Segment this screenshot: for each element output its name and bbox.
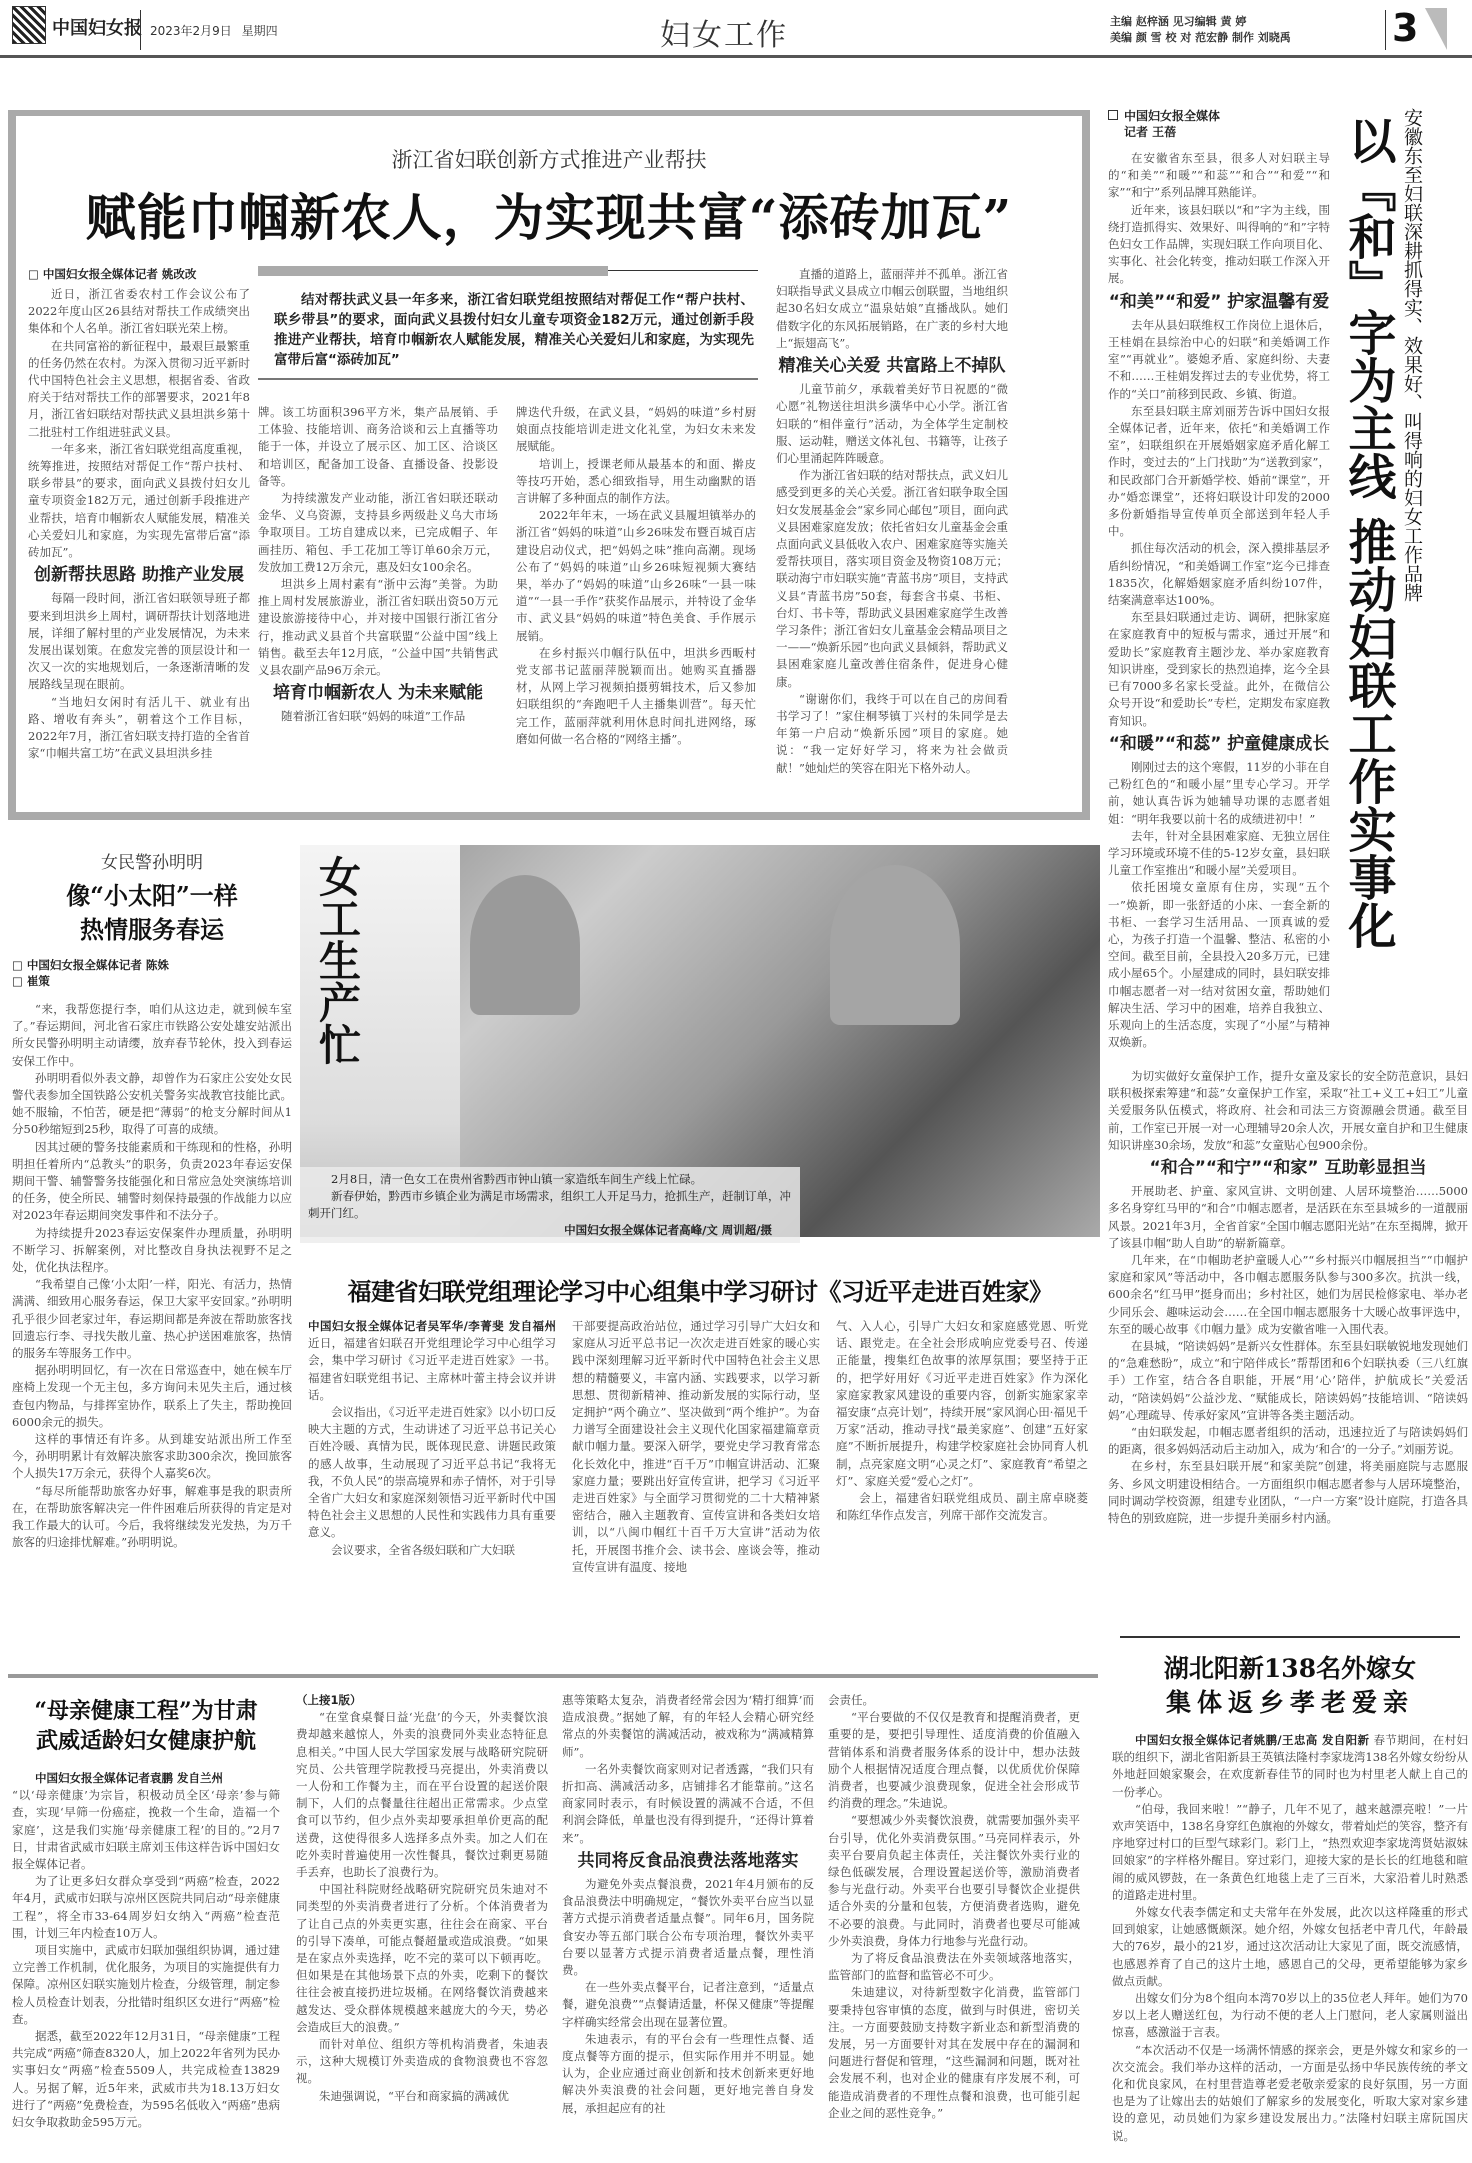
lead-col-3: 牌迭代升级，在武义县，“妈妈的味道”乡村厨娘面点技能培训走进文化礼堂，为妇女未来… [516, 404, 756, 748]
paragraph: 一名外卖餐饮商家则对记者透露，“我们只有折扣高、满减活动多，店铺排名才能靠前。”… [562, 1761, 814, 1847]
hubei-body: 中国妇女报全媒体记者姚鹏/王忠高 发自阳新 春节期间，在村妇联的组织下，湖北省阳… [1112, 1732, 1468, 2145]
anhui-vertical-headline: 以『和』字为主线 推动妇联工作实事化 [1340, 116, 1396, 1116]
lead-col-2: 牌。该工坊面积396平方米，集产品展销、手工体验、技能培训、商务洽谈和云上直播等… [258, 404, 498, 726]
paragraph: 在安徽省东至县，很多人对妇联主导的“和美”“和暖”“和蕊”“和合”“和爱”“和家… [1108, 150, 1330, 202]
lead-kicker: 浙江省妇联创新方式推进产业帮扶 [16, 144, 1082, 174]
paragraph: 在乡村，东至县妇联开展“和家美院”创建，将美丽庭院与志愿服务、乡风文明建设相结合… [1108, 1458, 1468, 1527]
paragraph: 外嫁女代表李儒定和丈夫常年在外发展，此次以这样隆重的形式回到娘家，让她感慨颇深。… [1112, 1904, 1468, 1990]
paragraph: 东至县妇联主席刘丽芳告诉中国妇女报全媒体记者，近年来，依托“和美婚调工作室”，妇… [1108, 403, 1330, 541]
caption-line-2: 新春伊始，黔西市乡镇企业为满足市场需求，组织工人开足马力，抢抓生产，赶制订单，冲… [308, 1188, 792, 1222]
headline-line-2: 热情服务春运 [12, 913, 292, 947]
summary-bar [258, 266, 608, 276]
photo-vertical-title: 女工生产忙 [314, 855, 360, 1115]
subheading: 创新帮扶思路 助推产业发展 [28, 567, 250, 584]
paragraph: 去年，针对全县困难家庭、无独立居住学习环境或环境不佳的5-12岁女童，县妇联儿童… [1108, 828, 1330, 880]
paragraph: 作为浙江省妇联的结对帮扶点，武义妇儿感受到更多的关心关爱。浙江省妇联争取全国妇女… [776, 467, 1008, 691]
gansu-dateline: 中国妇女报全媒体记者袁鹏 发自兰州 [35, 1771, 223, 1785]
paragraph: 开展助老、护童、家风宣讲、文明创建、人居环境整治……5000多名身穿红马甲的“和… [1108, 1183, 1468, 1252]
paragraph: 据孙明明回忆，有一次在日常巡查中，她在候车厅座椅上发现一个无主包，多方询问未见失… [12, 1362, 292, 1431]
subheading: 培育巾帼新农人 为未来赋能 [258, 685, 498, 702]
subheading: “和暖”“和蕊” 护童健康成长 [1108, 736, 1330, 753]
paragraph: 抓住每次活动的机会，深入摸排基层矛盾纠纷情况，“和美婚调工作室”迄今已排查183… [1108, 540, 1330, 609]
newspaper-logo: 中国妇女报 [52, 14, 142, 40]
fujian-col-1: 中国妇女报全媒体记者吴军华/李菁斐 发自福州 近日，福建省妇联召开党组理论学习中… [308, 1318, 556, 1559]
paragraph: “来，我帮您提行李，咱们从这边走，就到候车室了。”春运期间，河北省石家庄市铁路公… [12, 1001, 292, 1070]
paragraph: 牌迭代升级，在武义县，“妈妈的味道”乡村厨娘面点技能培训走进文化礼堂，为妇女未来… [516, 404, 756, 456]
paragraph: “我希望自己像‘小太阳’一样，阳光、有活力，热情满满、细致用心服务春运，保卫大家… [12, 1276, 292, 1362]
hubei-dateline: 中国妇女报全媒体记者姚鹏/王忠高 发自阳新 [1135, 1733, 1369, 1747]
lead-col-1: 近日，浙江省委农村工作会议公布了2022年度山区26县结对帮扶工作成绩突出集体和… [28, 286, 250, 762]
paragraph: “每尽所能帮助旅客办好事，解难事是我的职责所在，在帮助旅客解决完一件件困难后所获… [12, 1483, 292, 1552]
paragraph: 在乡村振兴巾帼行队伍中，坦洪乡西畈村党支部书记蓝丽萍脱颖而出。她购买直播器材，从… [516, 645, 756, 748]
credits-line-1: 主编 赵梓涵 见习编辑 黄 婷 [1110, 14, 1291, 30]
lead-byline: □ 中国妇女报全媒体记者 姚改改 [28, 266, 196, 282]
paragraph: “以‘母亲健康’为宗旨，积极动员全区‘母亲’参与筛查，实现‘早筛一份癌症，挽救一… [12, 1787, 280, 1873]
police-article: 女民警孙明明 像“小太阳”一样 热情服务春运 □ 中国妇女报全媒体记者 陈姝 □… [12, 848, 292, 1668]
lead-article: 浙江省妇联创新方式推进产业帮扶 赋能巾帼新农人，为实现共富“添砖加瓦” □ 中国… [8, 110, 1090, 820]
paragraph: 因其过硬的警务技能素质和干练现和的性格，孙明明担任着所内“总教头”的职务，负责2… [12, 1139, 292, 1225]
waste-col-3: 会责任。 “平台要做的不仅仅是教育和提醒消费者，更重要的是，要把引导理性、适度消… [828, 1692, 1080, 2160]
paragraph: “当地妇女闲时有活儿干、就业有出路、增收有奔头”，朝着这个工作目标，2022年7… [28, 694, 250, 763]
paragraph: 惠等策略太复杂，消费者经常会因为‘精打细算’而造成浪费。”据她了解，有的年轻人会… [562, 1692, 814, 1761]
paragraph: 朱迪建议，对待新型数字化消费，监管部门要秉持包容审慎的态度，做到与时俱进，密切关… [828, 1984, 1080, 2122]
gansu-headline: “母亲健康工程”为甘肃 武威适龄妇女健康护航 [12, 1696, 280, 1756]
paragraph: 项目实施中，武威市妇联加强组织协调，通过建立完善工作机制，优化服务，为项目的实施… [12, 1942, 280, 2028]
headline-line-1: 湖北阳新138名外嫁女 [1112, 1652, 1468, 1686]
lead-summary: 结对帮扶武义县一年多来，浙江省妇联党组按照结对帮促工作“帮户扶村、联乡带县”的要… [274, 290, 754, 370]
paragraph: 依托困境女童原有住房，实现“五个一”焕新，即一张舒适的小床、一套全新的书柜、一套… [1108, 879, 1330, 1051]
anhui-col-top: 在安徽省东至县，很多人对妇联主导的“和美”“和暖”“和蕊”“和合”“和爱”“和家… [1108, 150, 1330, 1051]
lead-headline: 赋能巾帼新农人，为实现共富“添砖加瓦” [16, 178, 1082, 250]
paragraph: 会议要求，全省各级妇联和广大妇联 [308, 1542, 556, 1559]
paragraph: 刚刚过去的这个寒假，11岁的小菲在自己粉红色的“和暖小屋”里专心学习。开学前，她… [1108, 759, 1330, 828]
paragraph: 为持续激发产业动能，浙江省妇联还联动金华、义乌资源，支持县乡两级赴义乌大市场争取… [258, 490, 498, 576]
headline-line-2: 集体返乡孝老爱亲 [1112, 1686, 1468, 1720]
police-kicker: 女民警孙明明 [12, 848, 292, 873]
byline-2: □ 崔策 [12, 973, 292, 989]
paragraph: 2022年年末，一场在武义县履坦镇举办的浙江省“妈妈的味道”山乡26味发布暨百城… [516, 507, 756, 645]
gansu-body: 中国妇女报全媒体记者袁鹏 发自兰州 “以‘母亲健康’为宗旨，积极动员全区‘母亲’… [12, 1770, 280, 2131]
police-body: “来，我帮您提行李，咱们从这边走，就到候车室了。”春运期间，河北省石家庄市铁路公… [12, 1001, 292, 1552]
headline-line-2: 武威适龄妇女健康护航 [12, 1726, 280, 1756]
qr-code-icon[interactable] [12, 6, 46, 44]
paragraph: 会责任。 [828, 1692, 1080, 1709]
fujian-col-3: 气、入人心，引导广大妇女和家庭感党恩、听党话、跟党走。在全社会形成响应党委号召、… [836, 1318, 1088, 1524]
paragraph: 在共同富裕的新征程中，最艰巨最繁重的任务仍然在农村。为深入贯彻习近平新时代中国特… [28, 338, 250, 441]
paragraph: 出嫁女们分为8个组向本湾70岁以上的35位老人拜年。她们为70岁以上老人赠送红包… [1112, 1990, 1468, 2042]
paragraph: 这样的事情还有许多。从到雄安站派出所工作至今，孙明明累计有效解决旅客求助300余… [12, 1431, 292, 1483]
paragraph: 去年从县妇联维权工作岗位上退休后，王桂娟在县综治中心的妇联“和美婚调工作室”“再… [1108, 317, 1330, 403]
factory-photo[interactable]: 女工生产忙 2月8日，清一色女工在贵州省黔西市钟山镇一家造纸车间生产线上忙碌。 … [300, 845, 1100, 1237]
paragraph: “谢谢你们，我终于可以在自己的房间看书学习了！”家住桐琴镇丁兴村的朱同学是去年第… [776, 691, 1008, 777]
police-byline: □ 中国妇女报全媒体记者 陈姝 □ 崔策 [12, 957, 292, 989]
paragraph: 每隔一段时间，浙江省妇联领导班子都要来到坦洪乡上周村，调研帮扶计划落地进展，详细… [28, 590, 250, 693]
paragraph: 会上，福建省妇联党组成员、副主席卓晓菱和陈红华作点发言，列席干部作交流发言。 [836, 1490, 1088, 1524]
paragraph: 儿童节前夕，承载着美好节日祝愿的“微心愿”礼物送往坦洪乡潢华中心小学。浙江省妇联… [776, 381, 1008, 467]
paragraph: 朱迪强调说，“平台和商家搞的满减优 [296, 2088, 548, 2105]
paragraph: 为了让更多妇女群众享受到“两癌”检查，2022年4月，武威市妇联与凉州区医院共同… [12, 1873, 280, 1942]
paragraph: “伯母，我回来啦！”“静子，几年不见了，越来越漂亮啦！”一片欢声笑语中，138名… [1112, 1801, 1468, 1904]
paragraph: 近日，浙江省委农村工作会议公布了2022年度山区26县结对帮扶工作成绩突出集体和… [28, 286, 250, 338]
paragraph: 为持续提升2023春运安保案件办理质量，孙明明不断学习、拆解案例，对比整改自身执… [12, 1225, 292, 1277]
subheading: “和美”“和爱” 护家温馨有爱 [1108, 294, 1330, 311]
paragraph: “由妇联发起，巾帼志愿者组织的活动，迅速拉近了与陪读妈妈们的距离，很多妈妈活动后… [1108, 1424, 1468, 1458]
paragraph: 干部要提高政治站位，通过学习引导广大妇女和家庭从习近平总书记一次次走进百姓家的暖… [572, 1318, 820, 1576]
summary-rule [608, 270, 758, 271]
paragraph: 为切实做好女童保护工作，提升女童及家长的安全防范意识，县妇联积极探索筹建“和蕊”… [1108, 1068, 1468, 1154]
fujian-headline: 福建省妇联党组理论学习中心组集中学习研讨《习近平走进百姓家》 [300, 1272, 1100, 1307]
headline-line-1: 像“小太阳”一样 [12, 879, 292, 913]
fujian-dateline: 中国妇女报全媒体记者吴军华/李菁斐 发自福州 [308, 1319, 556, 1333]
masthead: 中国妇女报 2023年2月9日 星期四 妇女工作 主编 赵梓涵 见习编辑 黄 婷… [0, 0, 1472, 58]
subheading: 精准关心关爱 共富路上不掉队 [776, 358, 1008, 375]
byline-org: 中国妇女报全媒体 [1124, 109, 1220, 123]
paragraph: 近年来，该县妇联以“和”字为主线，围绕打造抓得实、效果好、叫得响的“和”字特色妇… [1108, 202, 1330, 288]
paragraph: 东至县妇联通过走访、调研，把脉家庭在家庭教育中的短板与需求，通过开展“和爱助长”… [1108, 609, 1330, 729]
hubei-article: 湖北阳新138名外嫁女 集体返乡孝老爱亲 中国妇女报全媒体记者姚鹏/王忠高 发自… [1112, 1652, 1468, 2160]
divider [1385, 10, 1386, 50]
paragraph: “在堂食桌餐日益‘光盘’的今天，外卖餐饮浪费却越来越惊人，外卖的浪费同外卖业态特… [296, 1709, 548, 1881]
paragraph: 随着浙江省妇联“妈妈的味道”工作品 [258, 708, 498, 725]
paragraph: 为了将反食品浪费法在外卖领域落地落实，监管部门的监督和监管必不可少。 [828, 1950, 1080, 1984]
paragraph: 会议指出，《习近平走进百姓家》以小切口反映大主题的方式，生动讲述了习近平总书记关… [308, 1404, 556, 1542]
subheading: 共同将反食品浪费法落地落实 [562, 1853, 814, 1870]
paragraph: 孙明明看似外表文静，却曾作为石家庄公安处女民警代表参加全国铁路公安机关警务实战教… [12, 1070, 292, 1139]
byline-1: □ 中国妇女报全媒体记者 陈姝 [12, 957, 292, 973]
paragraph: 为避免外卖点餐浪费，2021年4月颁布的反食品浪费法中明确规定，“餐饮外卖平台应… [562, 1876, 814, 1979]
corner-tab [1425, 8, 1447, 50]
worker-figure [470, 875, 580, 1015]
caption-line-1: 2月8日，清一色女工在贵州省黔西市钟山镇一家造纸车间生产线上忙碌。 [308, 1171, 792, 1188]
paragraph: 中国社科院财经战略研究院研究员朱迪对不同类型的外卖消费者进行了分析。个体消费者为… [296, 1881, 548, 2036]
paragraph: “要想减少外卖餐饮浪费，就需要加强外卖平台引导，优化外卖消费氛围。”马亮同样表示… [828, 1812, 1080, 1950]
headline-line-1: “母亲健康工程”为甘肃 [12, 1696, 280, 1726]
editorial-credits: 主编 赵梓涵 见习编辑 黄 婷 美编 颜 雪 校 对 范宏静 制作 刘晓禹 [1110, 14, 1291, 46]
lead-col-4: 直播的道路上，蓝丽萍并不孤单。浙江省妇联指导武义县成立巾帼云创联盟，当地组织起3… [776, 266, 1008, 777]
anhui-col-bottom: 为切实做好女童保护工作，提升女童及家长的安全防范意识，县妇联积极探索筹建“和蕊”… [1108, 1068, 1468, 1527]
paragraph: 气、入人心，引导广大妇女和家庭感党恩、听党话、跟党走。在全社会形成响应党委号召、… [836, 1318, 1088, 1490]
paragraph: 据悉，截至2022年12月31日，“母亲健康”工程共完成“两癌”筛查8320人，… [12, 2028, 280, 2131]
anhui-vertical-kicker: 安徽东至妇联深耕抓得实、效果好、叫得响的妇女工作品牌 [1400, 108, 1424, 628]
section-title: 妇女工作 [660, 10, 788, 54]
issue-date: 2023年2月9日 星期四 [150, 22, 278, 39]
paragraph: 直播的道路上，蓝丽萍并不孤单。浙江省妇联指导武义县成立巾帼云创联盟，当地组织起3… [776, 266, 1008, 352]
gansu-article: “母亲健康工程”为甘肃 武威适龄妇女健康护航 中国妇女报全媒体记者袁鹏 发自兰州… [12, 1696, 280, 2156]
subheading: “和合”“和宁”“和家” 互助彰显担当 [1108, 1160, 1468, 1177]
paragraph: 在县城，“陪读妈妈”是新兴女性群体。东至县妇联敏锐地发现她们的“急难愁盼”，成立… [1108, 1338, 1468, 1424]
paragraph: 牌。该工坊面积396平方米，集产品展销、手工体验、技能培训、商务洽谈和云上直播等… [258, 404, 498, 490]
paragraph: 培训上，授课老师从最基本的和面、擀皮等技巧开始，悉心细致指导，用生动幽默的语言讲… [516, 456, 756, 508]
paragraph: 而针对单位、组织方等机构消费者，朱迪表示，这种大规模订外卖造成的食物浪费也不容忽… [296, 2036, 548, 2088]
credits-line-2: 美编 颜 雪 校 对 范宏静 制作 刘晓禹 [1110, 30, 1291, 46]
paragraph: 几年来，在“巾帼助老护童暖人心”“乡村振兴巾帼展担当”“巾帼护家庭和家风”等活动… [1108, 1252, 1468, 1338]
paragraph: 一年多来，浙江省妇联党组高度重视，统筹推进，按照结对帮促工作“帮户扶村、联乡带县… [28, 441, 250, 561]
continued-label: （上接1版） [296, 1692, 548, 1709]
paragraph: 在一些外卖点餐平台，记者注意到，“适量点餐，避免浪费”“点餐请适量，杯保又健康”… [562, 1979, 814, 2031]
summary-bottom-rule [258, 378, 758, 380]
paragraph: 坦洪乡上周村素有“浙中云海”美誉。为助推上周村发展旅游业，浙江省妇联出资50万元… [258, 576, 498, 679]
page-number: 3 [1392, 6, 1418, 50]
section-rule [1120, 1636, 1460, 1638]
anhui-article: 中国妇女报全媒体 记者 王蓓 安徽东至妇联深耕抓得实、效果好、叫得响的妇女工作品… [1108, 108, 1468, 1548]
paragraph: “本次活动不仅是一场满怀情感的探亲会，更是外嫁女和家乡的一次交流会。我们举办这样… [1112, 2042, 1468, 2145]
weekday: 星期四 [242, 24, 278, 38]
paragraph: “平台要做的不仅仅是教育和提醒消费者，更重要的是，要把引导理性、适度消费的价值融… [828, 1709, 1080, 1812]
worker-figure [830, 865, 960, 1025]
hubei-headline: 湖北阳新138名外嫁女 集体返乡孝老爱亲 [1112, 1652, 1468, 1720]
fujian-col-2: 干部要提高政治站位，通过学习引导广大妇女和家庭从习近平总书记一次次走进百姓家的暖… [572, 1318, 820, 1576]
waste-col-2: 惠等策略太复杂，消费者经常会因为‘精打细算’而造成浪费。”据她了解，有的年轻人会… [562, 1692, 814, 2160]
date: 2023年2月9日 [150, 24, 232, 38]
paragraph: 近日，福建省妇联召开党组理论学习中心组学习会，集中学习研讨《习近平走进百姓家》一… [308, 1336, 556, 1402]
divider [140, 10, 141, 50]
photo-caption: 2月8日，清一色女工在贵州省黔西市钟山镇一家造纸车间生产线上忙碌。 新春伊始，黔… [300, 1167, 800, 1243]
photo-credit: 中国妇女报全媒体记者高峰/文 周训超/摄 [308, 1222, 792, 1239]
waste-col-1: （上接1版） “在堂食桌餐日益‘光盘’的今天，外卖餐饮浪费却越来越惊人，外卖的浪… [296, 1692, 548, 2160]
paragraph: 朱迪表示，有的平台会有一些理性点餐、适度点餐等方面的提示，但实际作用并不明显。她… [562, 2031, 814, 2117]
police-headline: 像“小太阳”一样 热情服务春运 [12, 879, 292, 947]
section-divider [8, 1674, 1098, 1678]
